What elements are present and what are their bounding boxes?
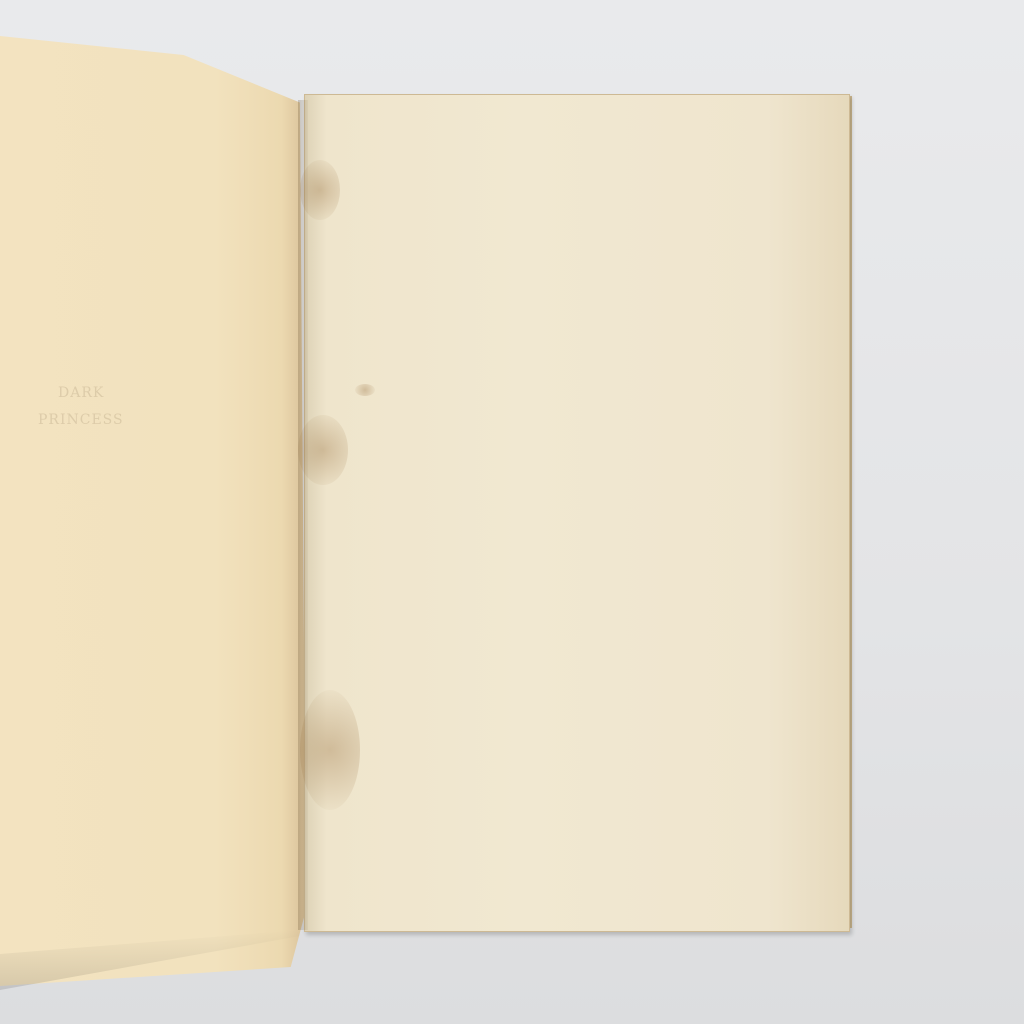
ghost-text-line-2: PRINCESS (38, 412, 124, 428)
stain-bottom (300, 690, 360, 810)
stain-spot (355, 384, 375, 396)
left-page (0, 36, 306, 986)
stain-top (300, 160, 340, 220)
ghost-text-line-1: DARK (58, 385, 104, 401)
stain-middle (298, 415, 348, 485)
right-page (304, 94, 850, 932)
book-gutter (298, 100, 308, 930)
